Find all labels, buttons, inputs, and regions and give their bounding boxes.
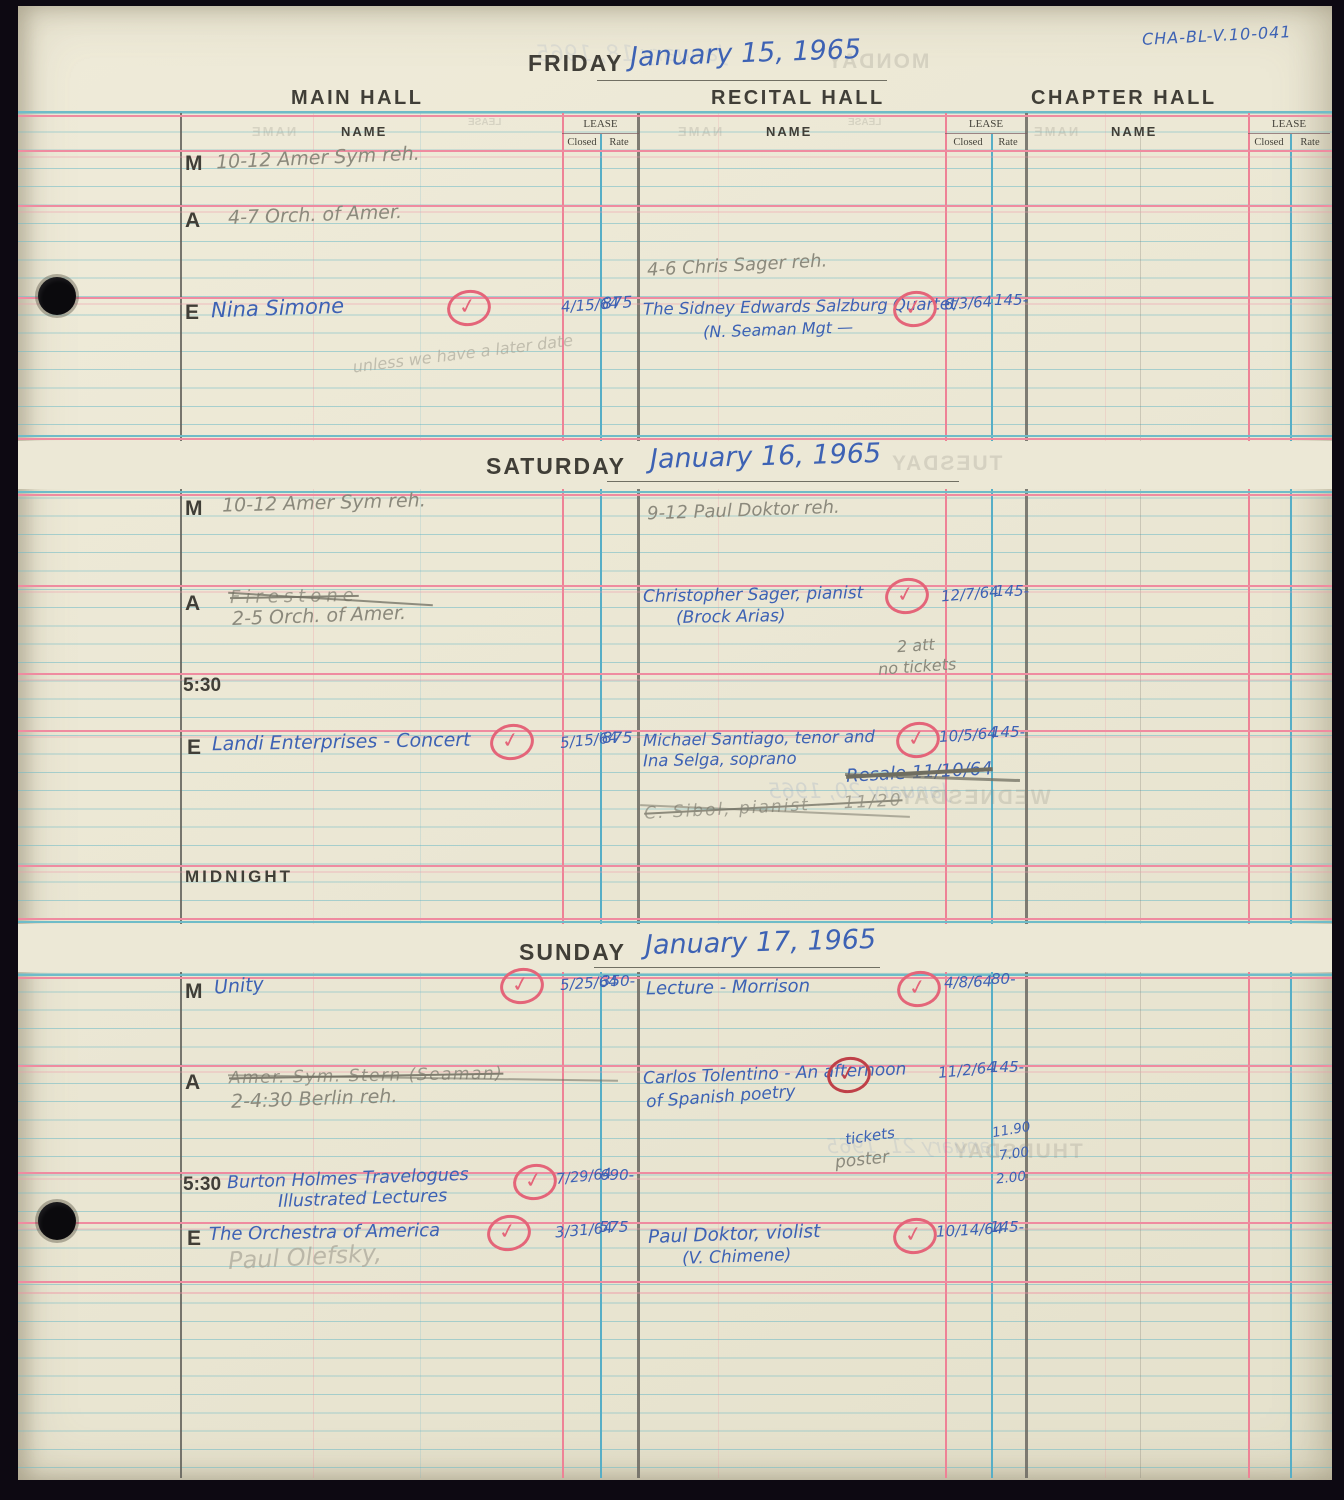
saturday-recital-afternoon-management: (Brock Arias)	[676, 606, 786, 628]
saturday-recital-pencil-note: 2 att	[896, 635, 935, 657]
saturday-530-label: 5:30	[183, 675, 221, 697]
friday-recital-evening-closed-date: 6/3/64	[943, 292, 992, 313]
lease2-header-underline	[945, 133, 1027, 134]
saturday-label: SATURDAY	[486, 453, 626, 480]
saturday-midnight-label: MIDNIGHT	[185, 867, 293, 887]
rule-line	[18, 438, 1332, 440]
rule-line	[18, 1281, 1332, 1283]
sunday-recital-evening-entry-line2: (V. Chimene)	[682, 1245, 792, 1269]
friday-morning-label: M	[185, 152, 203, 176]
friday-evening-label: E	[185, 301, 199, 325]
sunday-recital-price: 2.00	[995, 1168, 1027, 1187]
saturday-main-evening-rate: 875	[602, 728, 633, 747]
rule-line	[18, 921, 1332, 923]
punch-hole	[38, 277, 76, 315]
friday-recital-evening-rate: 145-	[994, 291, 1028, 309]
saturday-evening-label: E	[187, 736, 201, 760]
recital-name-column-header: NAME	[766, 124, 812, 139]
lease1-rate-header: Rate	[602, 137, 636, 148]
bleed-rule	[1105, 113, 1106, 1478]
bleedthrough-lease: LEASE	[468, 117, 501, 128]
friday-label: FRIDAY	[528, 50, 624, 77]
sunday-main-evening-rate: 575	[599, 1218, 629, 1236]
sunday-recital-morning-rate: 80-	[991, 970, 1016, 988]
rule-line	[18, 111, 1332, 113]
sunday-recital-morning-closed-date: 4/8/64	[944, 972, 993, 992]
lease3-left-rule	[1248, 113, 1250, 1478]
sunday-main-530-rate: 690-	[600, 1166, 634, 1184]
lease3-rate-header: Rate	[1292, 137, 1328, 148]
chapter-name-column-header: NAME	[1111, 124, 1157, 139]
main-hall-header: MAIN HALL	[291, 87, 423, 110]
friday-main-evening-rate: 875	[602, 292, 633, 313]
punch-hole	[38, 1202, 76, 1240]
rule-line	[18, 1292, 1332, 1294]
lease1-divider-rule	[600, 134, 602, 1478]
lease1-header-underline	[562, 133, 639, 134]
bleed-rule	[718, 113, 719, 1478]
bleedthrough-name: NAME	[250, 124, 296, 139]
saturday-main-evening-entry: Landi Enterprises - Concert	[212, 729, 471, 756]
lease3-header-underline	[1248, 133, 1330, 134]
sunday-recital-afternoon-rate: 145-	[990, 1058, 1024, 1076]
bleed-rule	[420, 113, 421, 1478]
rule-line	[18, 494, 1332, 496]
rule-line	[18, 918, 1332, 920]
rule-line	[18, 435, 1332, 437]
saturday-recital-evening-entry-line2: Ina Selga, soprano	[643, 749, 797, 771]
bleedthrough-tuesday-label: TUESDAY	[890, 452, 1002, 476]
lease1-left-rule	[562, 113, 564, 1478]
saturday-date: January 16, 1965	[650, 438, 882, 475]
saturday-recital-evening-rate: 145-	[991, 723, 1025, 741]
sunday-date-underline	[594, 967, 880, 968]
saturday-recital-afternoon-entry: Christopher Sager, pianist	[643, 583, 864, 607]
bleedthrough-name: NAME	[676, 124, 722, 139]
rule-line	[18, 205, 1332, 207]
saturday-afternoon-label: A	[185, 592, 200, 616]
saturday-morning-label: M	[185, 497, 203, 521]
sunday-recital-evening-rate: 145-	[990, 1218, 1024, 1236]
saturday-date-underline	[607, 481, 959, 482]
sunday-evening-label: E	[187, 1227, 201, 1251]
lease3-closed-header: Closed	[1250, 137, 1288, 148]
lease3-header: LEASE	[1248, 118, 1330, 130]
sunday-morning-label: M	[185, 980, 203, 1004]
recital-hall-header: RECITAL HALL	[711, 87, 885, 110]
saturday-recital-evening-entry: Michael Santiago, tenor and	[643, 727, 875, 750]
friday-main-evening-entry: Nina Simone	[211, 294, 345, 323]
recital-left-rule	[637, 113, 640, 1478]
sunday-date: January 17, 1965	[645, 924, 877, 961]
saturday-recital-afternoon-rate: 145-	[995, 582, 1029, 600]
sunday-main-morning-rate: 350-	[601, 972, 635, 990]
rule-line	[18, 491, 1332, 493]
friday-afternoon-label: A	[185, 209, 200, 233]
sunday-530-label: 5:30	[183, 1174, 221, 1196]
lease2-rate-header: Rate	[993, 137, 1023, 148]
table-left-rule	[180, 113, 182, 1478]
bleedthrough-lease: LEASE	[848, 117, 881, 128]
rule-line	[18, 115, 1332, 117]
sunday-afternoon-label: A	[185, 1071, 200, 1095]
sunday-recital-morning-entry: Lecture - Morrison	[646, 976, 810, 1000]
sunday-label: SUNDAY	[519, 939, 626, 966]
sunday-main-morning-entry: Unity	[213, 973, 264, 998]
lease3-divider-rule	[1290, 134, 1292, 1478]
main-name-column-header: NAME	[341, 124, 387, 139]
friday-date-underline	[597, 80, 887, 81]
lease1-closed-header: Closed	[564, 137, 600, 148]
lease2-header: LEASE	[945, 118, 1027, 130]
bleedthrough-name: NAME	[1032, 124, 1078, 139]
lease1-header: LEASE	[562, 118, 639, 130]
chapter-hall-header: CHAPTER HALL	[1031, 87, 1217, 110]
bleed-rule	[1140, 113, 1141, 1478]
lease2-closed-header: Closed	[947, 137, 989, 148]
scanned-ledger-page: MONDAY January 18, 1965 NAME NAME NAME L…	[0, 0, 1344, 1500]
